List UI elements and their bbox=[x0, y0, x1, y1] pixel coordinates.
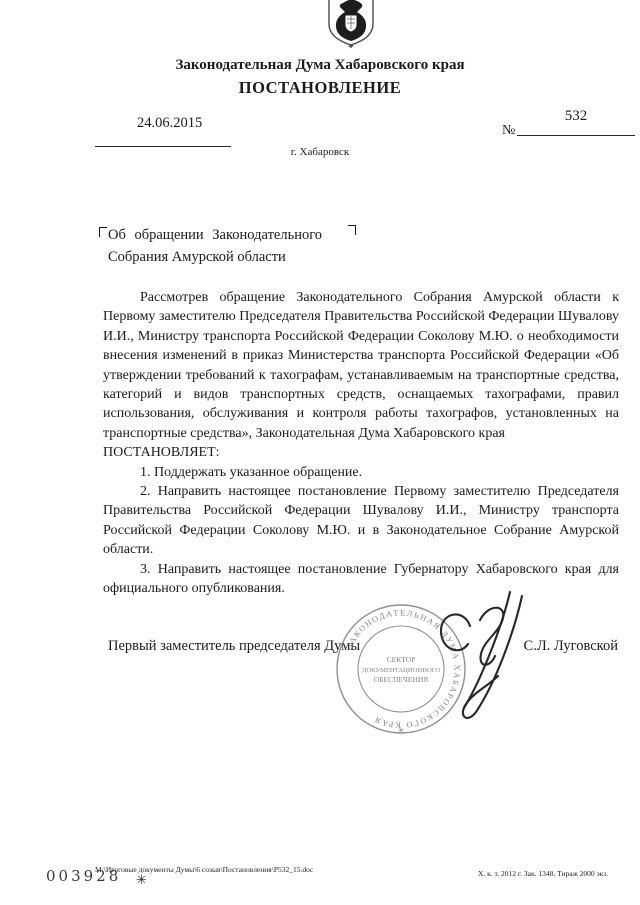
signature-stroke-slash-1 bbox=[464, 592, 510, 708]
resolves-label: ПОСТАНОВЛЯЕТ: bbox=[103, 443, 619, 462]
snowflake-stamp-icon: ✳ bbox=[136, 872, 147, 888]
document-date: 24.06.2015 bbox=[137, 115, 202, 132]
signature-stroke-slash-2 bbox=[463, 596, 522, 718]
document-body: Рассмотрев обращение Законодательного Со… bbox=[103, 288, 619, 599]
number-underline bbox=[517, 135, 635, 136]
signature-stroke-c bbox=[441, 615, 470, 651]
document-page: Законодательная Дума Хабаровского края П… bbox=[0, 0, 640, 905]
document-number-label: № bbox=[502, 123, 515, 139]
subject-line-2: Собрания Амурской области bbox=[100, 246, 358, 268]
organization-name: Законодательная Дума Хабаровского края bbox=[0, 57, 640, 74]
resolution-item-1: 1. Поддержать указанное обращение. bbox=[103, 463, 619, 482]
body-paragraph: Рассмотрев обращение Законодательного Со… bbox=[103, 288, 619, 443]
print-shop-note: Х. к. т. 2012 г. Зак. 1348. Тираж 2000 э… bbox=[478, 869, 608, 878]
handwritten-signature bbox=[420, 586, 540, 731]
document-subject-block: Об обращении Законодательного Собрания А… bbox=[100, 224, 358, 268]
resolution-item-2: 2. Направить настоящее постановление Пер… bbox=[103, 482, 619, 560]
document-type-title: ПОСТАНОВЛЕНИЕ bbox=[0, 78, 640, 98]
coat-of-arms-emblem bbox=[322, 0, 380, 48]
corner-mark-right bbox=[348, 225, 356, 235]
subject-line-1: Об обращении Законодательного bbox=[100, 224, 358, 246]
corner-mark-left bbox=[99, 227, 107, 237]
document-city: г. Хабаровск bbox=[0, 146, 640, 158]
stamp-center-line-1: СЕКТОР bbox=[387, 655, 416, 664]
signature-stroke-loop bbox=[480, 608, 503, 665]
document-number: 532 bbox=[518, 108, 634, 125]
file-path-note: М:\Итоговые документы Думы\6 созыв\Поста… bbox=[95, 865, 313, 874]
stamp-star-icon: ✳ bbox=[398, 726, 405, 735]
